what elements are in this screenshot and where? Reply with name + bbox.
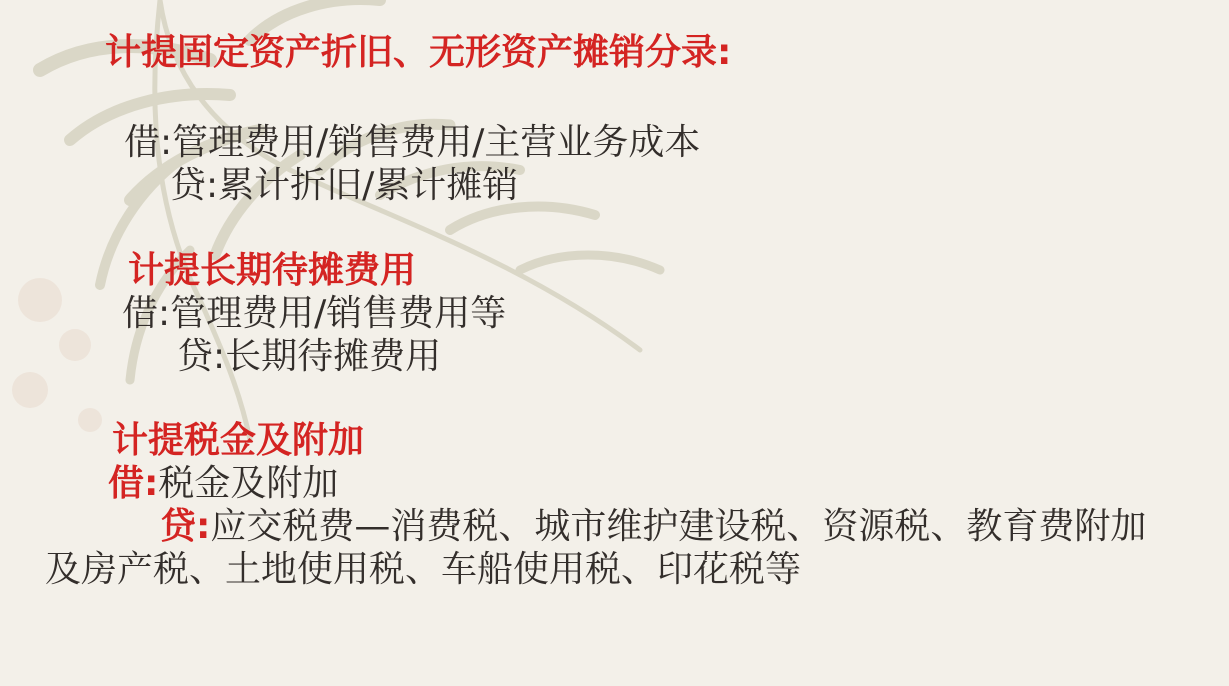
- tax-debit-text: 税金及附加: [158, 463, 338, 504]
- tax-surcharge-heading: 计提税金及附加: [45, 419, 1146, 462]
- slide-title: 计提固定资产折旧、无形资产摊销分录:: [105, 31, 731, 74]
- depreciation-section: 借:管理费用/销售费用/主营业务成本 贷:累计折旧/累计摊销: [124, 121, 700, 207]
- depreciation-debit-line: 借:管理费用/销售费用/主营业务成本: [124, 121, 700, 164]
- depreciation-credit-line: 贷:累计折旧/累计摊销: [124, 164, 700, 207]
- presentation-slide: 计提固定资产折旧、无形资产摊销分录: 借:管理费用/销售费用/主营业务成本 贷:…: [0, 0, 1229, 686]
- prepaid-expense-section: 计提长期待摊费用 借:管理费用/销售费用等 贷:长期待摊费用: [122, 249, 506, 378]
- prepaid-expense-heading: 计提长期待摊费用: [122, 249, 506, 292]
- tax-credit-text-line1: 应交税费—消费税、城市维护建设税、资源税、教育费附加: [210, 506, 1146, 547]
- tax-debit-prefix: 借:: [108, 463, 158, 504]
- prepaid-expense-debit-line: 借:管理费用/销售费用等: [122, 292, 506, 335]
- tax-surcharge-debit-line: 借:税金及附加: [45, 462, 1146, 505]
- prepaid-expense-credit-line: 贷:长期待摊费用: [122, 335, 506, 378]
- tax-surcharge-credit-line-2: 及房产税、土地使用税、车船使用税、印花税等: [45, 548, 1146, 591]
- tax-surcharge-section: 计提税金及附加 借:税金及附加 贷:应交税费—消费税、城市维护建设税、资源税、教…: [45, 419, 1146, 591]
- tax-surcharge-credit-line-1: 贷:应交税费—消费税、城市维护建设税、资源税、教育费附加: [45, 505, 1146, 548]
- tax-credit-prefix: 贷:: [160, 506, 210, 547]
